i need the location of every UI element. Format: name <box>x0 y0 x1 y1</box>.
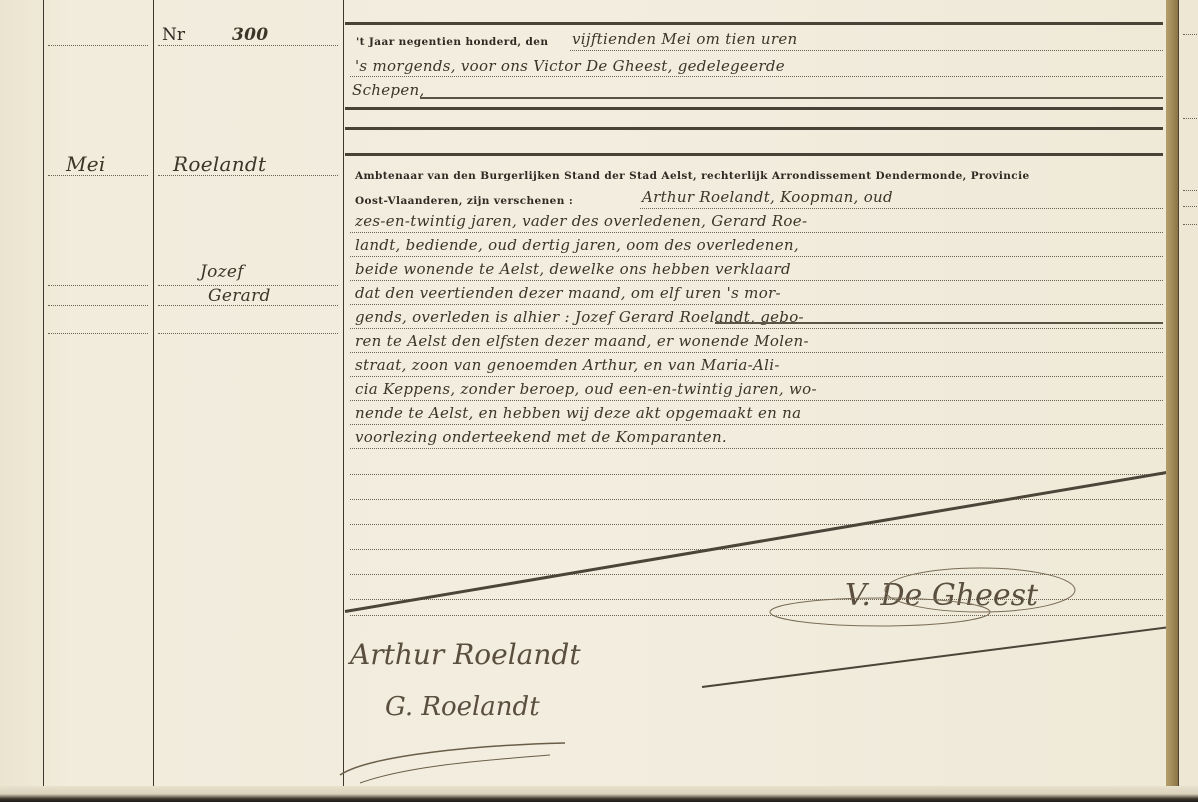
witness-signature-1: Arthur Roelandt <box>350 638 581 671</box>
guide-line <box>350 549 1163 550</box>
guide-line <box>350 474 1163 475</box>
given-name-1: Jozef <box>200 262 244 282</box>
column-rule-margin <box>43 0 44 786</box>
body-line-7: ren te Aelst den elfsten dezer maand, er… <box>355 332 809 350</box>
book-binding <box>1166 0 1178 786</box>
fill-line <box>420 97 1163 99</box>
guide-line <box>1183 206 1197 207</box>
body-line-8: straat, zoon van genoemden Arthur, en va… <box>355 356 780 374</box>
guide-line <box>570 50 1163 51</box>
guide-line <box>1183 34 1197 35</box>
body-line-1: Arthur Roelandt, Koopman, oud <box>642 188 893 206</box>
rule-top <box>345 22 1163 25</box>
intro-handwritten-1: vijftienden Mei om tien uren <box>572 30 1152 48</box>
guide-line <box>158 45 338 46</box>
body-line-3: landt, bediende, oud dertig jaren, oom d… <box>355 236 799 254</box>
guide-line <box>350 352 1163 353</box>
name-underline <box>715 322 1163 324</box>
rule-body-top <box>345 153 1163 156</box>
guide-line <box>350 400 1163 401</box>
body-line-5: dat den veertienden dezer maand, om elf … <box>355 284 781 302</box>
guide-line <box>1183 190 1197 191</box>
guide-line <box>350 328 1163 329</box>
body-line-10: nende te Aelst, en hebben wij deze akt o… <box>355 404 801 422</box>
intro-handwritten-3: Schepen, <box>352 81 425 99</box>
page-bottom-edge <box>0 786 1198 802</box>
column-rule-name <box>343 0 344 786</box>
guide-line <box>350 232 1163 233</box>
guide-line <box>48 45 148 46</box>
intro-printed: 't Jaar negentien honderd, den <box>356 36 548 48</box>
guide-line <box>350 280 1163 281</box>
month-entry: Mei <box>66 152 106 176</box>
column-rule-month <box>153 0 154 786</box>
witness-signature-2: G. Roelandt <box>385 692 540 722</box>
record-number-label: Nr <box>162 25 185 45</box>
given-name-2: Gerard <box>208 286 271 306</box>
record-number: 300 <box>232 25 268 45</box>
rule-gap <box>345 127 1163 130</box>
surname-entry: Roelandt <box>173 152 266 176</box>
body-printed-1: Ambtenaar van den Burgerlijken Stand der… <box>355 170 1030 182</box>
guide-line <box>48 333 148 334</box>
guide-line <box>48 285 148 286</box>
rule-intro-bottom <box>345 107 1163 110</box>
guide-line <box>350 76 1163 77</box>
body-printed-2: Oost-Vlaanderen, zijn verschenen : <box>355 195 573 207</box>
adjacent-page-edge <box>1178 0 1198 786</box>
guide-line <box>350 524 1163 525</box>
number-label-text: Nr <box>162 25 185 45</box>
body-line-2: zes-en-twintig jaren, vader des overlede… <box>355 212 807 230</box>
guide-line <box>350 499 1163 500</box>
signature-flourish <box>330 725 590 785</box>
guide-line <box>350 424 1163 425</box>
guide-line <box>350 256 1163 257</box>
body-line-9: cia Keppens, zonder beroep, oud een-en-t… <box>355 380 817 398</box>
guide-line <box>350 304 1163 305</box>
guide-line <box>158 333 338 334</box>
guide-line <box>350 376 1163 377</box>
guide-line <box>350 448 1163 449</box>
guide-line <box>1183 118 1197 119</box>
register-page: Nr 300 Mei Roelandt Jozef Gerard 't Jaar… <box>0 0 1168 786</box>
body-line-11: voorlezing onderteekend met de Komparant… <box>355 428 727 446</box>
official-signature-flourish <box>750 560 1090 640</box>
intro-handwritten-2: 's morgends, voor ons Victor De Gheest, … <box>355 57 785 75</box>
guide-line <box>640 208 1163 209</box>
guide-line <box>48 305 148 306</box>
body-line-4: beide wonende te Aelst, dewelke ons hebb… <box>355 260 791 278</box>
guide-line <box>1183 224 1197 225</box>
